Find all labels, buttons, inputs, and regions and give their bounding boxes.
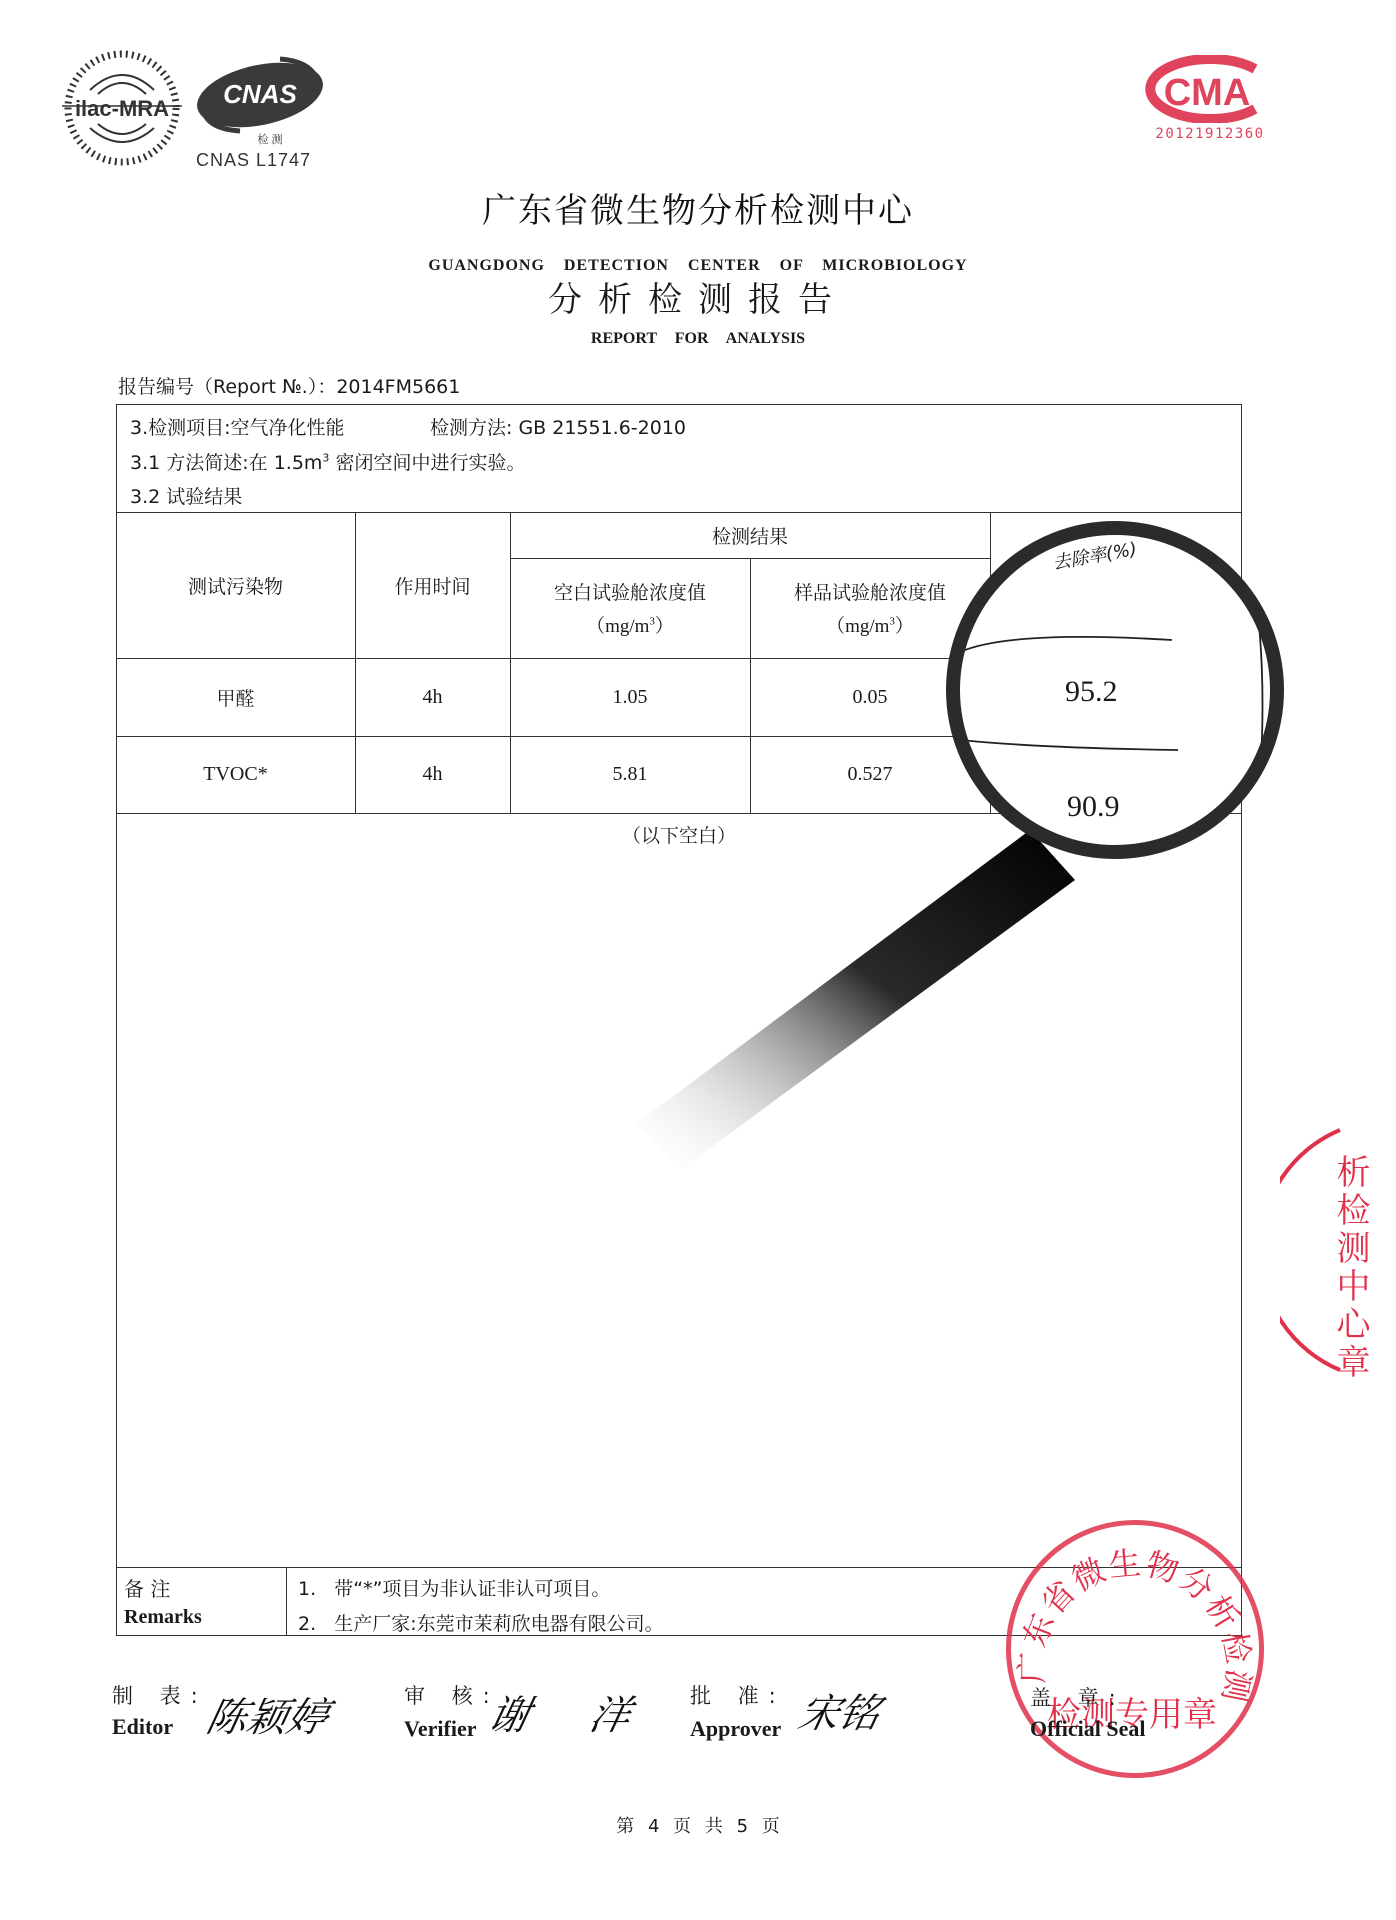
- cnas-logo: CNAS: [190, 55, 330, 135]
- report-title-en: REPORT FOR ANALYSIS: [0, 330, 1396, 348]
- table-row-1-sample: 0.05: [750, 658, 990, 736]
- svg-text:CNAS: CNAS: [223, 79, 297, 109]
- header-sample-concentration: 样品试验舱浓度值 （mg/m3）: [750, 558, 990, 658]
- remarks-label-en: Remarks: [124, 1606, 202, 1629]
- table-row-1-pollutant: 甲醛: [116, 658, 355, 736]
- cnas-accreditation-code: CNAS L1747: [196, 150, 311, 171]
- verifier-signature: 谢 洋: [484, 1684, 661, 1741]
- col-divider-4: [990, 512, 991, 813]
- organization-name-cn: 广东省微生物分析检测中心: [0, 183, 1396, 232]
- verifier-label-cn: 审 核:: [404, 1680, 500, 1710]
- ilac-mra-logo: ilac-MRA: [62, 50, 182, 166]
- header-blank-concentration: 空白试验舱浓度值 （mg/m3）: [510, 558, 750, 658]
- remark-item-1: 1. 带“*”项目为非认证非认可项目。: [298, 1574, 610, 1601]
- partial-seal-stamp: 析检测中心章: [1280, 1120, 1396, 1380]
- approver-label-cn: 批 准:: [690, 1680, 786, 1710]
- remark-item-2: 2. 生产厂家:东莞市茉莉欣电器有限公司。: [298, 1609, 664, 1636]
- svg-text:CMA: CMA: [1164, 72, 1251, 114]
- header-pollutant: 测试污染物: [116, 512, 355, 658]
- editor-label-cn: 制 表:: [112, 1680, 208, 1710]
- table-row-2-pollutant: TVOC*: [116, 736, 355, 813]
- cma-logo: CMA: [1143, 55, 1271, 123]
- seal-label-en: Official Seal: [1030, 1716, 1145, 1742]
- editor-label-en: Editor: [112, 1714, 173, 1740]
- report-number: 报告编号（Report №.）：2014FM5661: [118, 372, 460, 399]
- report-title-cn: 分析检测报告: [0, 272, 1396, 321]
- cnas-subtitle: 检 测: [210, 135, 330, 146]
- results-heading: 3.2 试验结果: [130, 482, 242, 509]
- test-method: 检测方法: GB 21551.6-2010: [430, 413, 686, 440]
- table-row-2-sample: 0.527: [750, 736, 990, 813]
- editor-signature: 陈颖婷: [202, 1686, 334, 1743]
- svg-text:析检测中心章: 析检测中心章: [1330, 1154, 1370, 1380]
- svg-text:广东省微生物分析检测中心: 广东省微生物分析检测中心: [1006, 1520, 1258, 1707]
- method-summary: 3.1 方法简述:在 1.5m3 密闭空间中进行实验。: [130, 448, 525, 475]
- header-duration: 作用时间: [355, 512, 510, 658]
- table-row-2-duration: 4h: [355, 736, 510, 813]
- cma-code: 20121912360: [1140, 126, 1280, 142]
- approver-label-en: Approver: [690, 1716, 781, 1742]
- table-row-1-duration: 4h: [355, 658, 510, 736]
- verifier-label-en: Verifier: [404, 1716, 476, 1742]
- remarks-label-cn: 备 注: [124, 1573, 170, 1602]
- approver-signature: 宋铭: [794, 1682, 886, 1739]
- table-row-1-removal: 95.2: [1065, 675, 1118, 709]
- svg-text:ilac-MRA: ilac-MRA: [75, 96, 169, 121]
- table-row-2-removal: 90.9: [1067, 790, 1120, 824]
- table-row-1-blank: 1.05: [510, 658, 750, 736]
- test-item: 3.检测项目:空气净化性能: [130, 413, 345, 440]
- remarks-divider: [286, 1567, 287, 1636]
- table-row-2-blank: 5.81: [510, 736, 750, 813]
- header-results-group: 检测结果: [510, 512, 990, 558]
- seal-label-cn: 盖 章:: [1030, 1682, 1126, 1712]
- page-indicator: 第 4 页 共 5 页: [0, 1812, 1396, 1838]
